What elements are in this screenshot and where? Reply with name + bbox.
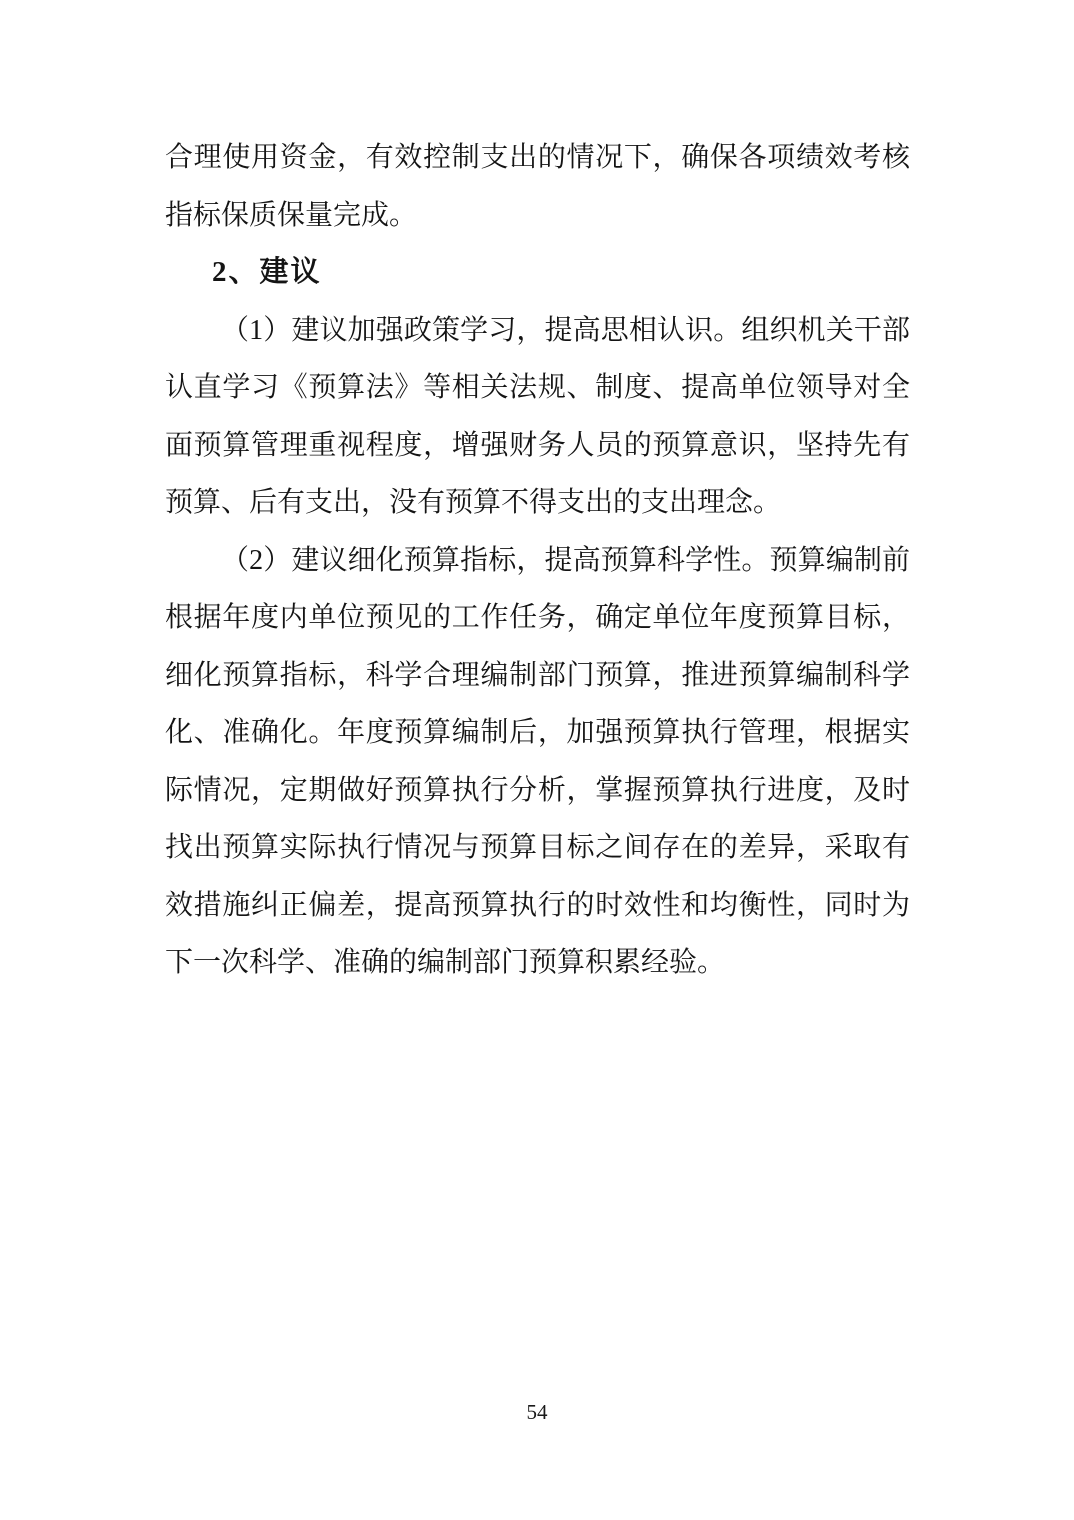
page-footer: 54 [0,1400,1074,1425]
section-heading-suggestions: 2、建议 [165,244,910,302]
paragraph-suggestion-2: （2）建议细化预算指标，提高预算科学性。预算编制前根据年度内单位预见的工作任务，… [165,532,910,992]
paragraph-suggestion-1: （1）建议加强政策学习，提高思相认识。组织机关干部认直学习《预算法》等相关法规、… [165,302,910,532]
page-number: 54 [527,1400,548,1424]
paragraph-continuation: 合理使用资金，有效控制支出的情况下，确保各项绩效考核指标保质保量完成。 [165,129,910,244]
page-content: 合理使用资金，有效控制支出的情况下，确保各项绩效考核指标保质保量完成。 2、建议… [165,129,910,992]
document-page: 合理使用资金，有效控制支出的情况下，确保各项绩效考核指标保质保量完成。 2、建议… [0,0,1074,1520]
